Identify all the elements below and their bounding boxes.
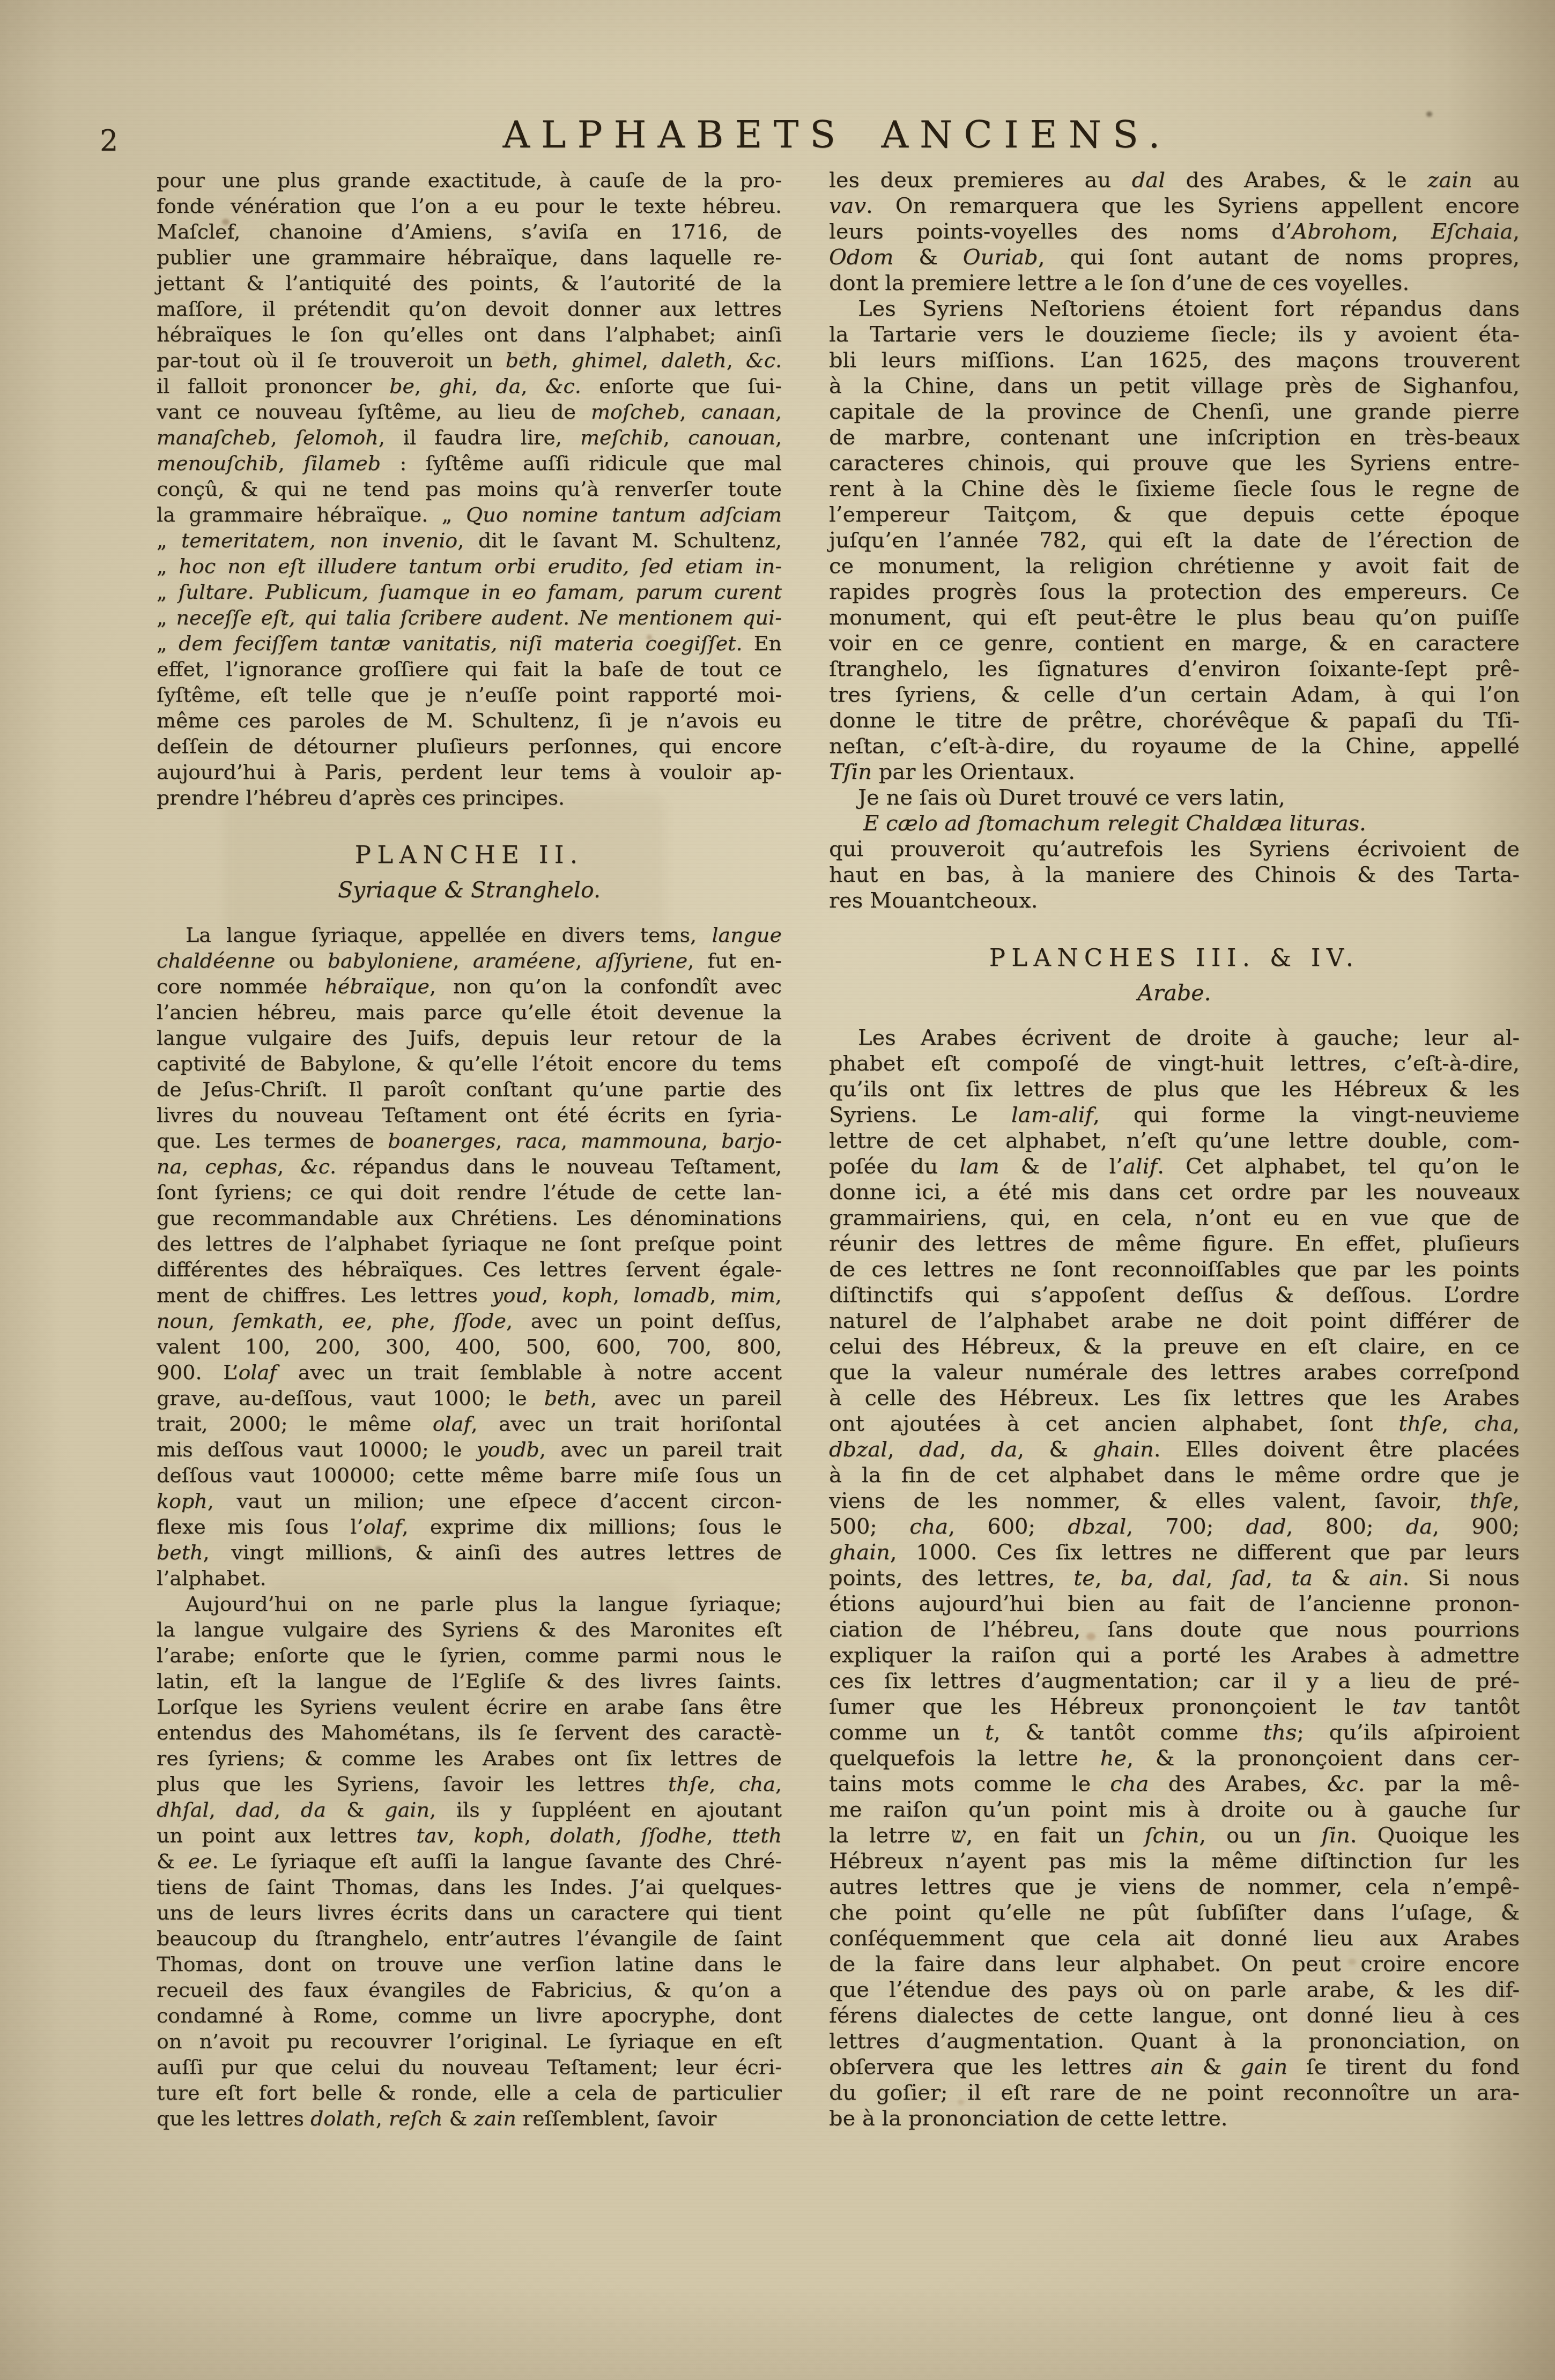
text-line: tres ſyriens, & celle d’un certain Adam,… (829, 682, 1520, 708)
paragraph: La langue ſyriaque, appellée en divers t… (157, 922, 782, 1591)
text-line: plus que les Syriens, ſavoir les lettres… (157, 1771, 782, 1797)
text-line: dont la premiere lettre a le ſon d’une d… (829, 270, 1520, 296)
text-line: entendus des Mahométans, ils ſe ſervent … (157, 1720, 782, 1745)
text-line: Les Arabes écrivent de droite à gauche; … (829, 1025, 1520, 1051)
text-line: beth, vingt millions, & ainſi des autres… (157, 1539, 782, 1565)
text-line: dhſal, dad, da & gain, ils y ſuppléent e… (157, 1797, 782, 1823)
text-line: capitale de la province de Chenſi, une g… (829, 399, 1520, 425)
paragraph: Les Syriens Neſtoriens étoient fort répa… (829, 296, 1520, 785)
text-line: Tſin par les Orientaux. (829, 759, 1520, 785)
text-line: comme un t, & tantôt comme ths; qu’ils a… (829, 1720, 1520, 1745)
text-line: juſqu’en l’année 782, qui eſt la date de… (829, 527, 1520, 553)
text-line: gue recommandable aux Chrétiens. Les dén… (157, 1205, 782, 1231)
text-line: poſée du lam & de l’alif. Cet alphabet, … (829, 1154, 1520, 1179)
text-line: Hébreux n’ayent pas mis la même diſtinct… (829, 1848, 1520, 1874)
text-line: caracteres chinois, qui prouve que les S… (829, 450, 1520, 476)
paragraph: les deux premieres au dal des Arabes, & … (829, 167, 1520, 296)
text-line: ſyſtême, eſt telle que je n’euſſe point … (157, 682, 782, 708)
text-line: la letrre ש, en fait un ſchin, ou un ſin… (829, 1823, 1520, 1848)
text-line: bli leurs miſſions. L’an 1625, des maçon… (829, 347, 1520, 373)
text-line: un point aux lettres tav, koph, dolath, … (157, 1823, 782, 1848)
text-line: „ temeritatem, non invenio, dit le ſavan… (157, 527, 782, 553)
text-line: chaldéenne ou babyloniene, araméene, aſſ… (157, 948, 782, 973)
text-line: qui prouveroit qu’autrefois les Syriens … (829, 836, 1520, 862)
text-line: la grammaire hébraïque. „ Quo nomine tan… (157, 502, 782, 527)
text-line: latin, eſt la langue de l’Egliſe & des l… (157, 1668, 782, 1694)
text-line: trait, 2000; le même olaf, avec un trait… (157, 1411, 782, 1437)
text-line: fonde vénération que l’on a eu pour le t… (157, 193, 782, 219)
text-line: ture eſt fort belle & ronde, elle a cela… (157, 2080, 782, 2106)
text-line: par-tout où il ſe trouveroit un beth, gh… (157, 347, 782, 373)
text-line: ſont ſyriens; ce qui doit rendre l’étude… (157, 1179, 782, 1205)
text-line: aujourd’hui à Paris, perdent leur tems à… (157, 759, 782, 785)
text-line: manaſcheb, ſelomoh, il faudra lire, meſc… (157, 425, 782, 450)
text-line: Syriens. Le lam-alif, qui forme la vingt… (829, 1102, 1520, 1128)
text-line: „ hoc non eſt illudere tantum orbi erudi… (157, 553, 782, 579)
text-line: à la fin de cet alphabet dans le même or… (829, 1462, 1520, 1488)
plate-heading: PLANCHES III. & IV. (829, 943, 1520, 972)
text-line: l’arabe; enſorte que le ſyrien, comme pa… (157, 1642, 782, 1668)
text-line: ghain, 1000. Ces ſix lettres ne differen… (829, 1539, 1520, 1565)
text-line: ment de chiffres. Les lettres youd, koph… (157, 1282, 782, 1308)
text-line: valent 100, 200, 300, 400, 500, 600, 700… (157, 1334, 782, 1359)
text-line: maſſore, il prétendit qu’on devoit donne… (157, 296, 782, 322)
text-line: na, cephas, &c. répandus dans le nouveau… (157, 1154, 782, 1179)
text-line: quelquefois la lettre he, & la prononçoi… (829, 1745, 1520, 1771)
text-line: langue vulgaire des Juifs, depuis leur r… (157, 1025, 782, 1051)
text-line: res ſyriens; & comme les Arabes ont ſix … (157, 1745, 782, 1771)
text-line: lettres d’augmentation. Quant à la prono… (829, 2028, 1520, 2054)
text-line: haut en bas, à la maniere des Chinois & … (829, 862, 1520, 888)
text-line: vav. On remarquera que les Syriens appel… (829, 193, 1520, 219)
text-line: me raiſon qu’un point mis à droite ou à … (829, 1797, 1520, 1823)
text-line: points, des lettres, te, ba, dal, ſad, t… (829, 1565, 1520, 1591)
text-line: ont ajoutées à cet ancien alphabet, ſont… (829, 1411, 1520, 1437)
text-line: l’empereur Taitçom, & que depuis cette é… (829, 502, 1520, 527)
text-line: différentes des hébraïques. Ces lettres … (157, 1256, 782, 1282)
page-title: ALPHABETS ANCIENS. (502, 116, 1171, 153)
text-line: ce monument, la religion chrétienne y av… (829, 553, 1520, 579)
text-line: donne le titre de prêtre, chorévêque & p… (829, 708, 1520, 733)
text-line: l’alphabet. (157, 1565, 782, 1591)
text-line: La langue ſyriaque, appellée en divers t… (157, 922, 782, 948)
text-line: de la faire dans leur alphabet. On peut … (829, 1951, 1520, 1977)
column-right: les deux premieres au dal des Arabes, & … (829, 167, 1520, 2131)
text-line: la Tartarie vers le douzieme ſiecle; ils… (829, 322, 1520, 347)
text-line: ſtranghelo, les ſignatures d’environ ſoi… (829, 656, 1520, 682)
text-line: lettre de cet alphabet, n’eſt qu’une let… (829, 1128, 1520, 1154)
text-line: res Mouantcheoux. (829, 888, 1520, 913)
text-line: de Jeſus-Chriſt. Il paroît conſtant qu’u… (157, 1076, 782, 1102)
text-line: ſumer que les Hébreux prononçoient le ta… (829, 1694, 1520, 1720)
text-line: de marbre, contenant une inſcription en … (829, 425, 1520, 450)
text-line: 500; cha, 600; dbzal, 700; dad, 800; da,… (829, 1514, 1520, 1539)
text-line: che point qu’elle ne pût ſubſiſter dans … (829, 1900, 1520, 1925)
text-line: ces ſix lettres d’augmentation; car il y… (829, 1668, 1520, 1694)
column-left: pour une plus grande exactitude, à cauſe… (157, 167, 782, 2131)
text-line: qu’ils ont ſix lettres de plus que les H… (829, 1076, 1520, 1102)
text-line: que les lettres dolath, reſch & zain reſ… (157, 2106, 782, 2131)
paragraph: Je ne ſais où Duret trouvé ce vers latin… (829, 785, 1520, 810)
text-line: „ neceſſe eſt, qui talia ſcribere audent… (157, 605, 782, 630)
page-number: 2 (100, 127, 118, 155)
text-line: phabet eſt compoſé de vingt-huit lettres… (829, 1051, 1520, 1076)
latin-verse: E cælo ad ſtomachum relegit Chaldæa litu… (829, 810, 1520, 836)
plate-subheading: Arabe. (829, 980, 1520, 1006)
text-line: la langue vulgaire des Syriens & des Mar… (157, 1617, 782, 1642)
text-line: que l’étendue des pays où on parle arabe… (829, 1977, 1520, 2003)
text-line: dbzal, dad, da, & ghain. Elles doivent ê… (829, 1437, 1520, 1462)
text-line: férens dialectes de cette langue, ont do… (829, 2003, 1520, 2028)
text-line: conſéquemment que cela ait donné lieu au… (829, 1925, 1520, 1951)
text-line: ciation de l’hébreu, ſans doute que nous… (829, 1617, 1520, 1642)
text-line: celui des Hébreux, & la preuve en eſt cl… (829, 1334, 1520, 1359)
text-line: „ dem feciſſem tantæ vanitatis, niſi mat… (157, 630, 782, 656)
text-line: l’ancien hébreu, mais parce qu’elle étoi… (157, 999, 782, 1025)
plate-subheading: Syriaque & Stranghelo. (157, 877, 782, 903)
text-line: viens de les nommer, & elles valent, ſav… (829, 1488, 1520, 1514)
text-line: noun, ſemkath, ee, phe, ſſode, avec un p… (157, 1308, 782, 1334)
text-line: pour une plus grande exactitude, à cauſe… (157, 167, 782, 193)
text-line: effet, l’ignorance groſſiere qui fait la… (157, 656, 782, 682)
text-line: prendre l’hébreu d’après ces principes. (157, 785, 782, 810)
text-line: naturel de l’alphabet arabe ne doit poin… (829, 1308, 1520, 1334)
text-line: Aujourd’hui on ne parle plus la langue ſ… (157, 1591, 782, 1617)
text-line: auſſi pur que celui du nouveau Teſtament… (157, 2054, 782, 2080)
text-line: vant ce nouveau ſyſtême, au lieu de moſc… (157, 399, 782, 425)
text-line: menouſchib, ſilameb : ſyſtême auſſi ridi… (157, 450, 782, 476)
text-line: expliquer la raiſon qui a porté les Arab… (829, 1642, 1520, 1668)
text-line: neſtan, c’eſt-à-dire, du royaume de la C… (829, 733, 1520, 759)
paragraph: qui prouveroit qu’autrefois les Syriens … (829, 836, 1520, 913)
text-line: que la valeur numérale des lettres arabe… (829, 1359, 1520, 1385)
text-line: rapides progrès ſous la protection des e… (829, 579, 1520, 605)
text-line: grammairiens, qui, en cela, n’ont eu en … (829, 1205, 1520, 1231)
text-line: réunir des lettres de même figure. En ef… (829, 1231, 1520, 1256)
text-line: des lettres de l’alphabet ſyriaque ne ſo… (157, 1231, 782, 1256)
text-line: Odom & Ouriab, qui ſont autant de noms p… (829, 244, 1520, 270)
text-line: obſervera que les lettres ain & gain ſe … (829, 2054, 1520, 2080)
ink-speck (1426, 111, 1432, 117)
text-line: tiens de ſaint Thomas, dans les Indes. J… (157, 1874, 782, 1900)
text-line: même ces paroles de M. Schultenz, ſi je … (157, 708, 782, 733)
text-line: Les Syriens Neſtoriens étoient fort répa… (829, 296, 1520, 322)
text-line: Lorſque les Syriens veulent écrire en ar… (157, 1694, 782, 1720)
text-line: uns de leurs livres écrits dans un carac… (157, 1900, 782, 1925)
text-line: que. Les termes de boanerges, raca, mamm… (157, 1128, 782, 1154)
text-line: il falloit prononcer be, ghi, da, &c. en… (157, 373, 782, 399)
text-line: on n’avoit pu recouvrer l’original. Le ſ… (157, 2028, 782, 2054)
text-line: leurs points-voyelles des noms d’Abrohom… (829, 219, 1520, 244)
text-line: Thomas, dont on trouve une verſion latin… (157, 1951, 782, 1977)
text-line: grave, au-deſſous, vaut 1000; le beth, a… (157, 1385, 782, 1411)
text-line: jettant & l’antiquité des points, & l’au… (157, 270, 782, 296)
text-line: livres du nouveau Teſtament ont été écri… (157, 1102, 782, 1128)
text-line: à celle des Hébreux. Les ſix lettres que… (829, 1385, 1520, 1411)
text-line: conçû, & qui ne tend pas moins qu’à renv… (157, 476, 782, 502)
text-line: captivité de Babylone, & qu’elle l’étoit… (157, 1051, 782, 1076)
text-line: voir en ce genre, contient en marge, & e… (829, 630, 1520, 656)
text-line: Maſclef, chanoine d’Amiens, s’aviſa en 1… (157, 219, 782, 244)
text-line: hébraïques le ſon qu’elles ont dans l’al… (157, 322, 782, 347)
text-line: core nommée hébraïque, non qu’on la conf… (157, 973, 782, 999)
paragraph: Aujourd’hui on ne parle plus la langue ſ… (157, 1591, 782, 2131)
text-line: deſſous vaut 100000; cette même barre mi… (157, 1462, 782, 1488)
text-line: Je ne ſais où Duret trouvé ce vers latin… (829, 785, 1520, 810)
book-page: 2 ALPHABETS ANCIENS. pour une plus grand… (0, 0, 1555, 2380)
text-line: mis deſſous vaut 10000; le youdb, avec u… (157, 1437, 782, 1462)
text-line: autres lettres que je viens de nommer, c… (829, 1874, 1520, 1900)
text-line: rent à la Chine dès le ſixieme ſiecle ſo… (829, 476, 1520, 502)
text-line: condamné à Rome, comme un livre apocryph… (157, 2003, 782, 2028)
text-line: recueil des faux évangiles de Fabricius,… (157, 1977, 782, 2003)
text-line: beaucoup du ſtranghelo, entr’autres l’év… (157, 1925, 782, 1951)
text-line: tains mots comme le cha des Arabes, &c. … (829, 1771, 1520, 1797)
text-line: publier une grammaire hébraïque, dans la… (157, 244, 782, 270)
text-line: les deux premieres au dal des Arabes, & … (829, 167, 1520, 193)
text-line: donne ici, a été mis dans cet ordre par … (829, 1179, 1520, 1205)
text-line: de ces lettres ne ſont reconnoiſſables q… (829, 1256, 1520, 1282)
text-line: monument, qui eſt peut-être le plus beau… (829, 605, 1520, 630)
text-line: 900. L’olaf avec un trait ſemblable à no… (157, 1359, 782, 1385)
plate-heading: PLANCHE II. (157, 841, 782, 869)
text-line: du goſier; il eſt rare de ne point recon… (829, 2080, 1520, 2106)
text-line: be à la prononciation de cette lettre. (829, 2106, 1520, 2131)
text-line: à la Chine, dans un petit village près d… (829, 373, 1520, 399)
text-line: deſſein de détourner pluſieurs perſonnes… (157, 733, 782, 759)
text-line: koph, vaut un milion; une eſpece d’accen… (157, 1488, 782, 1514)
text-line: diſtinctifs qui s’appoſent deſſus & deſſ… (829, 1282, 1520, 1308)
text-line: étions aujourd’hui bien au fait de l’anc… (829, 1591, 1520, 1617)
paragraph: Les Arabes écrivent de droite à gauche; … (829, 1025, 1520, 2131)
text-line: „ ſultare. Publicum, ſuamque in eo famam… (157, 579, 782, 605)
paragraph: pour une plus grande exactitude, à cauſe… (157, 167, 782, 810)
text-line: & ee. Le ſyriaque eſt auſſi la langue ſa… (157, 1848, 782, 1874)
text-line: flexe mis ſous l’olaf, exprime dix milli… (157, 1514, 782, 1539)
